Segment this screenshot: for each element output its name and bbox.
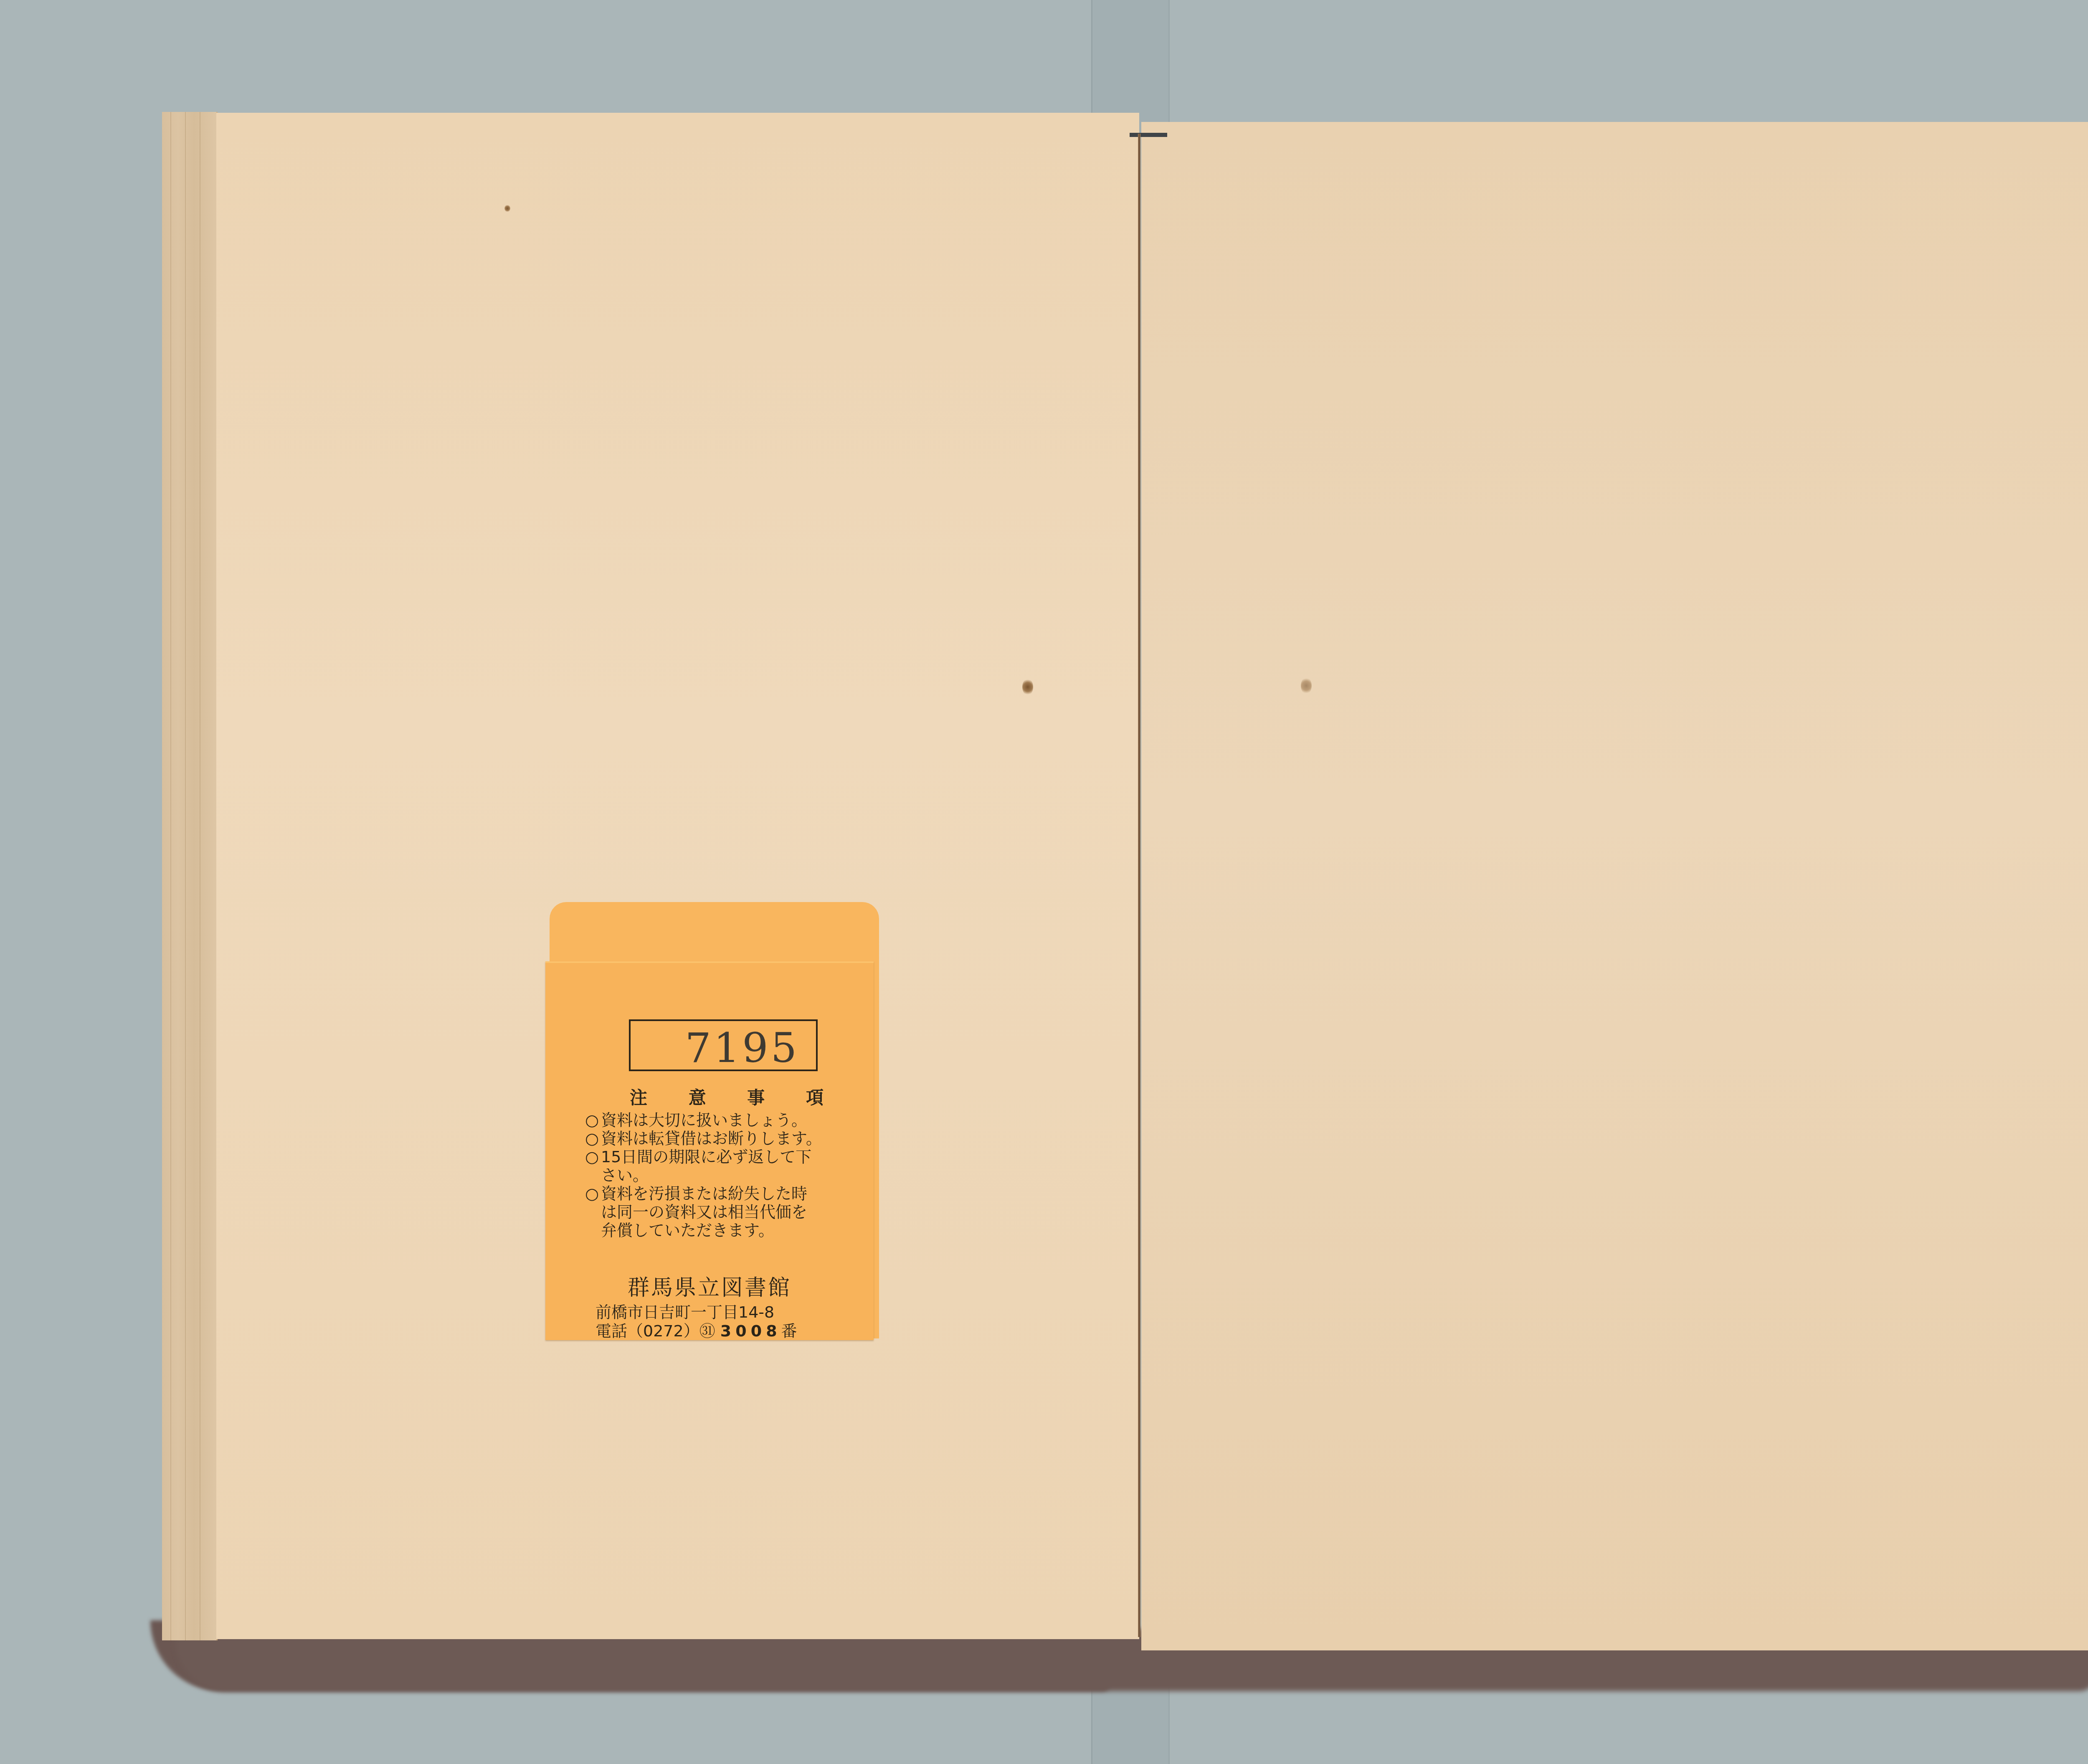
library-name: 群馬県立図書館 <box>545 1270 874 1301</box>
library-pocket: 7195 注 意 事 項 ○資料は大切に扱いましょう。 ○資料は転貸借はお断りし… <box>545 961 874 1340</box>
call-number: 7195 <box>685 1024 799 1072</box>
call-number-box: 7195 <box>629 1019 818 1071</box>
notice-item: ○資料を汚損または紛失した時 は同一の資料又は相当代価を 弁償していただきます。 <box>585 1184 861 1239</box>
right-page <box>1141 122 2088 1650</box>
notice-heading: 注 意 事 項 <box>610 1084 861 1109</box>
left-page <box>216 113 1139 1639</box>
notice-item: ○資料は転貸借はお断りします。 <box>585 1129 861 1148</box>
book-gutter <box>1138 134 1140 1637</box>
notice-item: ○資料は大切に扱いましょう。 <box>585 1111 861 1129</box>
page-stack-edge <box>162 112 218 1640</box>
foxing-spot <box>1301 677 1312 694</box>
foxing-spot <box>504 205 510 212</box>
notice-block: 注 意 事 項 ○資料は大切に扱いましょう。 ○資料は転貸借はお断りします。 ○… <box>585 1084 861 1239</box>
circle-bullet-icon: ○ <box>585 1148 601 1166</box>
spine-top <box>1130 133 1167 137</box>
circle-bullet-icon: ○ <box>585 1129 601 1148</box>
circle-bullet-icon: ○ <box>585 1184 601 1203</box>
foxing-spot <box>1022 679 1033 695</box>
notice-item: ○15日間の期限に必ず返して下 さい。 <box>585 1148 861 1184</box>
circle-bullet-icon: ○ <box>585 1111 601 1129</box>
library-phone: 電話（0272）㉛ 3008番 <box>595 1318 797 1341</box>
